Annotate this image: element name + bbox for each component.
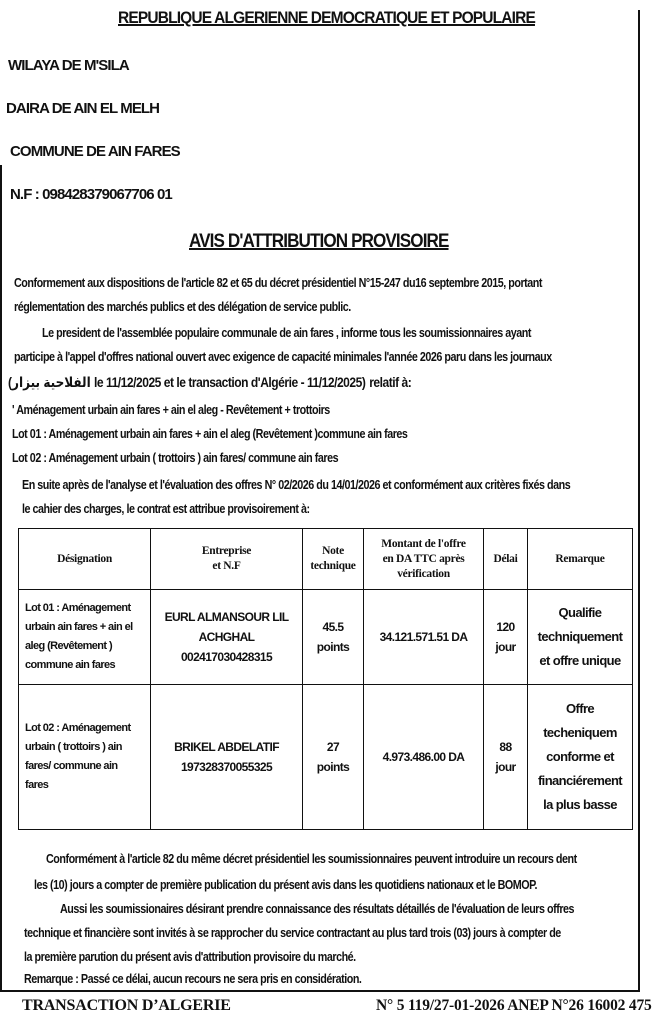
- cell-entreprise: BRIKEL ABDELATIF197328370055325: [151, 685, 303, 830]
- cell-remarque: Offretecheniquemconforme etfinanciéremen…: [528, 685, 633, 830]
- cell-delai: 88jour: [484, 685, 528, 830]
- remarque-line: Remarque : Passé ce délai, aucun recours…: [24, 972, 361, 986]
- president-line-1: Le president de l'assemblée populaire co…: [42, 326, 531, 340]
- evaluation-line-1: En suite après de l'analyse et l'évaluat…: [22, 478, 570, 492]
- recours-line-1: Conformément à l'article 82 du même décr…: [46, 852, 577, 866]
- cell-note: 45.5points: [303, 590, 364, 685]
- header-entreprise: Entrepriseet N.F: [151, 529, 303, 590]
- daira-line: DAIRA DE AIN EL MELH: [6, 100, 159, 117]
- header-note: Notetechnique: [303, 529, 364, 590]
- footer-publication: TRANSACTION D’ALGERIE: [22, 997, 231, 1015]
- project-line: ' Aménagement urbain ain fares + ain el …: [12, 403, 330, 417]
- header-designation: Désignation: [19, 529, 151, 590]
- president-line-3: (الفلاحية بيزار le 11/12/2025 et le tran…: [8, 374, 411, 391]
- header-remarque: Remarque: [528, 529, 633, 590]
- cell-designation: Lot 01 : Aménagementurbain ain fares + a…: [19, 590, 151, 685]
- commune-line: COMMUNE DE AIN FARES: [10, 143, 180, 160]
- cell-designation: Lot 02 : Aménagementurbain ( trottoirs )…: [19, 685, 151, 830]
- wilaya-line: WILAYA DE M'SILA: [8, 57, 129, 74]
- cell-note: 27points: [303, 685, 364, 830]
- notice-title: AVIS D'ATTRIBUTION PROVISOIRE: [189, 231, 449, 253]
- header-montant: Montant de l'offreen DA TTC aprèsvérific…: [364, 529, 484, 590]
- cell-remarque: Qualifietechniquementet offre unique: [528, 590, 633, 685]
- table-row: Lot 01 : Aménagementurbain ain fares + a…: [19, 590, 633, 685]
- recours-line-2: les (10) jours a compter de première pub…: [34, 878, 537, 892]
- cell-entreprise: EURL ALMANSOUR LILACHGHAL002417030428315: [151, 590, 303, 685]
- cell-delai: 120jour: [484, 590, 528, 685]
- lot02-line: Lot 02 : Aménagement urbain ( trottoirs …: [12, 451, 338, 465]
- evaluation-line-2: le cahier des charges, le contrat est at…: [22, 502, 310, 516]
- cell-montant: 34.121.571.51 DA: [364, 590, 484, 685]
- republic-heading: REPUBLIQUE ALGERIENNE DEMOCRATIQUE ET PO…: [118, 9, 494, 28]
- footer-reference: N° 5 119/27-01-2026 ANEP N°26 16002 475: [376, 997, 652, 1015]
- intro-line-1: Conformement aux dispositions de l'artic…: [14, 276, 542, 290]
- details-line-1: Aussi les soumissionaires désirant prend…: [60, 902, 574, 916]
- page-border-left: [0, 165, 2, 991]
- intro-line-2: réglementation des marchés publics et de…: [14, 300, 351, 314]
- nf-line: N.F : 098428379067706 01: [10, 186, 172, 203]
- page-border-right: [638, 10, 640, 991]
- details-line-3: la première parution du présent avis d'a…: [24, 950, 356, 964]
- header-delai: Délai: [484, 529, 528, 590]
- president-line-2: participe à l'appel d'offres national ou…: [14, 350, 552, 364]
- attribution-table: Désignation Entrepriseet N.F Notetechniq…: [18, 528, 633, 830]
- details-line-2: technique et financière sont invités à s…: [24, 926, 561, 940]
- table-header-row: Désignation Entrepriseet N.F Notetechniq…: [19, 529, 633, 590]
- table-row: Lot 02 : Aménagementurbain ( trottoirs )…: [19, 685, 633, 830]
- cell-montant: 4.973.486.00 DA: [364, 685, 484, 830]
- page-border-bottom: [0, 990, 640, 992]
- lot01-line: Lot 01 : Aménagement urbain ain fares + …: [12, 427, 407, 441]
